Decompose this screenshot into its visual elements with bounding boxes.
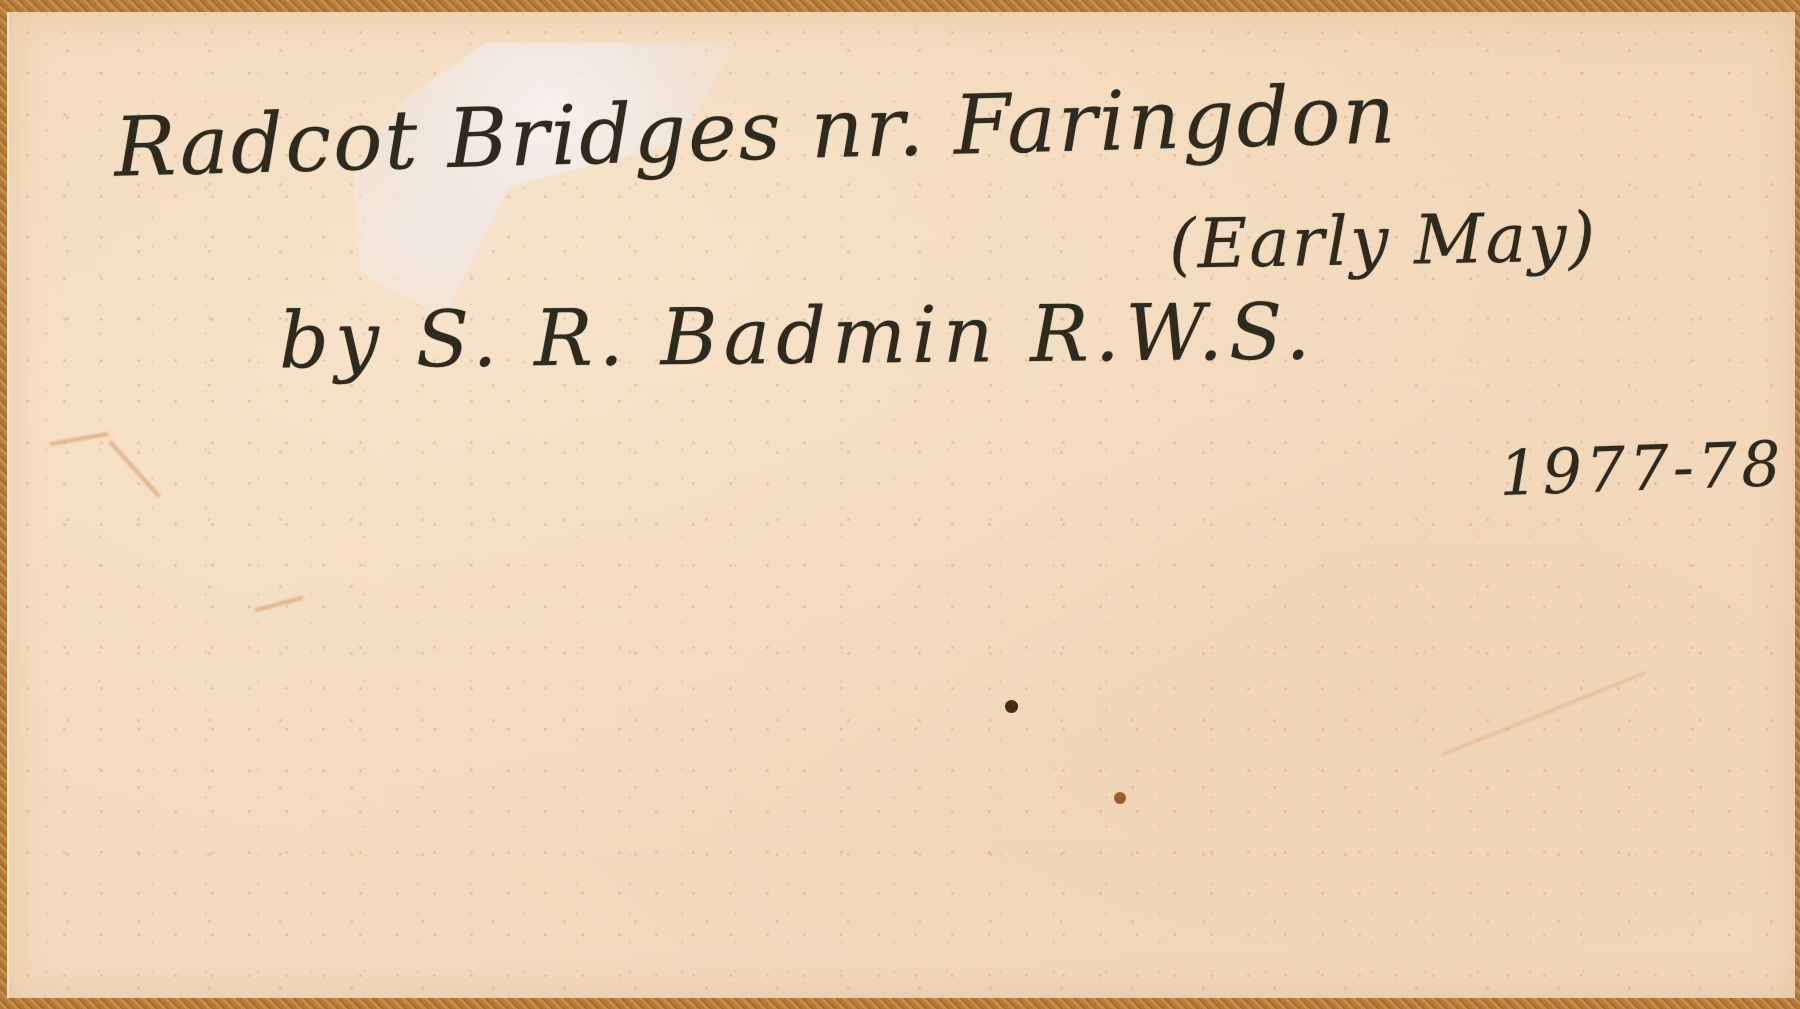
paper-label: Radcot Bridges nr. Faringdon (Early May)… (7, 12, 1795, 998)
frame-backing-board: Radcot Bridges nr. Faringdon (Early May)… (0, 0, 1800, 1009)
ink-spot (1114, 792, 1126, 804)
ink-spot (1005, 700, 1018, 713)
inscription-date-note: (Early May) (1168, 198, 1597, 284)
inscription-artist: by S. R. Badmin R.W.S. (279, 287, 1317, 386)
inscription-years: 1977-78 (1498, 427, 1786, 510)
